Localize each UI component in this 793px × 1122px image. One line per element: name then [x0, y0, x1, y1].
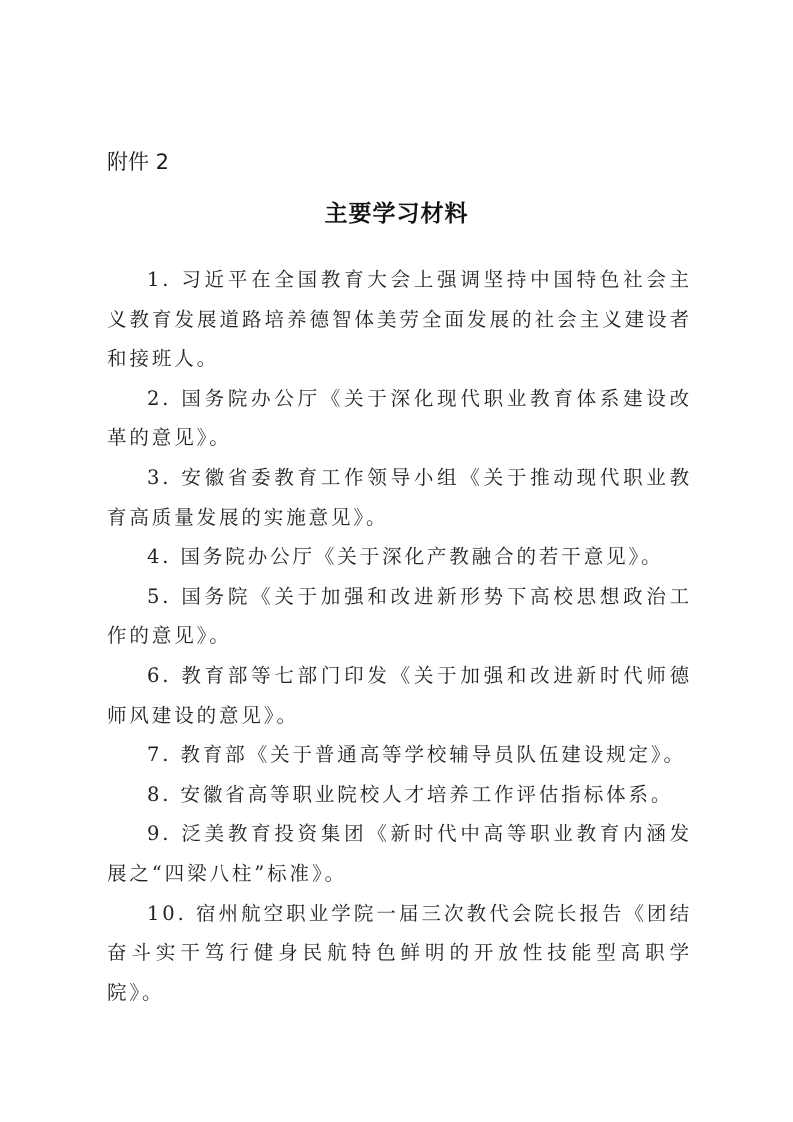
- list-item: 4. 国务院办公厅《关于深化产教融合的若干意见》。: [107, 537, 692, 577]
- list-item: 8. 安徽省高等职业院校人才培养工作评估指标体系。: [107, 775, 692, 815]
- document-page: 附件 2 主要学习材料 1. 习近平在全国教育大会上强调坚持中国特色社会主义教育…: [0, 0, 793, 1122]
- list-item: 6. 教育部等七部门印发《关于加强和改进新时代师德师风建设的意见》。: [107, 656, 692, 735]
- materials-list: 1. 习近平在全国教育大会上强调坚持中国特色社会主义教育发展道路培养德智体美劳全…: [107, 260, 692, 1012]
- list-item: 3. 安徽省委教育工作领导小组《关于推动现代职业教育高质量发展的实施意见》。: [107, 458, 692, 537]
- list-item: 7. 教育部《关于普通高等学校辅导员队伍建设规定》。: [107, 735, 692, 775]
- list-item: 1. 习近平在全国教育大会上强调坚持中国特色社会主义教育发展道路培养德智体美劳全…: [107, 260, 692, 379]
- list-item: 2. 国务院办公厅《关于深化现代职业教育体系建设改革的意见》。: [107, 379, 692, 458]
- attachment-label: 附件 2: [107, 147, 169, 177]
- list-item: 10. 宿州航空职业学院一届三次教代会院长报告《团结奋斗实干笃行健身民航特色鲜明…: [107, 894, 692, 1013]
- list-item: 9. 泛美教育投资集团《新时代中高等职业教育内涵发展之“四梁八柱”标准》。: [107, 814, 692, 893]
- page-title: 主要学习材料: [0, 197, 793, 231]
- list-item: 5. 国务院《关于加强和改进新形势下高校思想政治工作的意见》。: [107, 577, 692, 656]
